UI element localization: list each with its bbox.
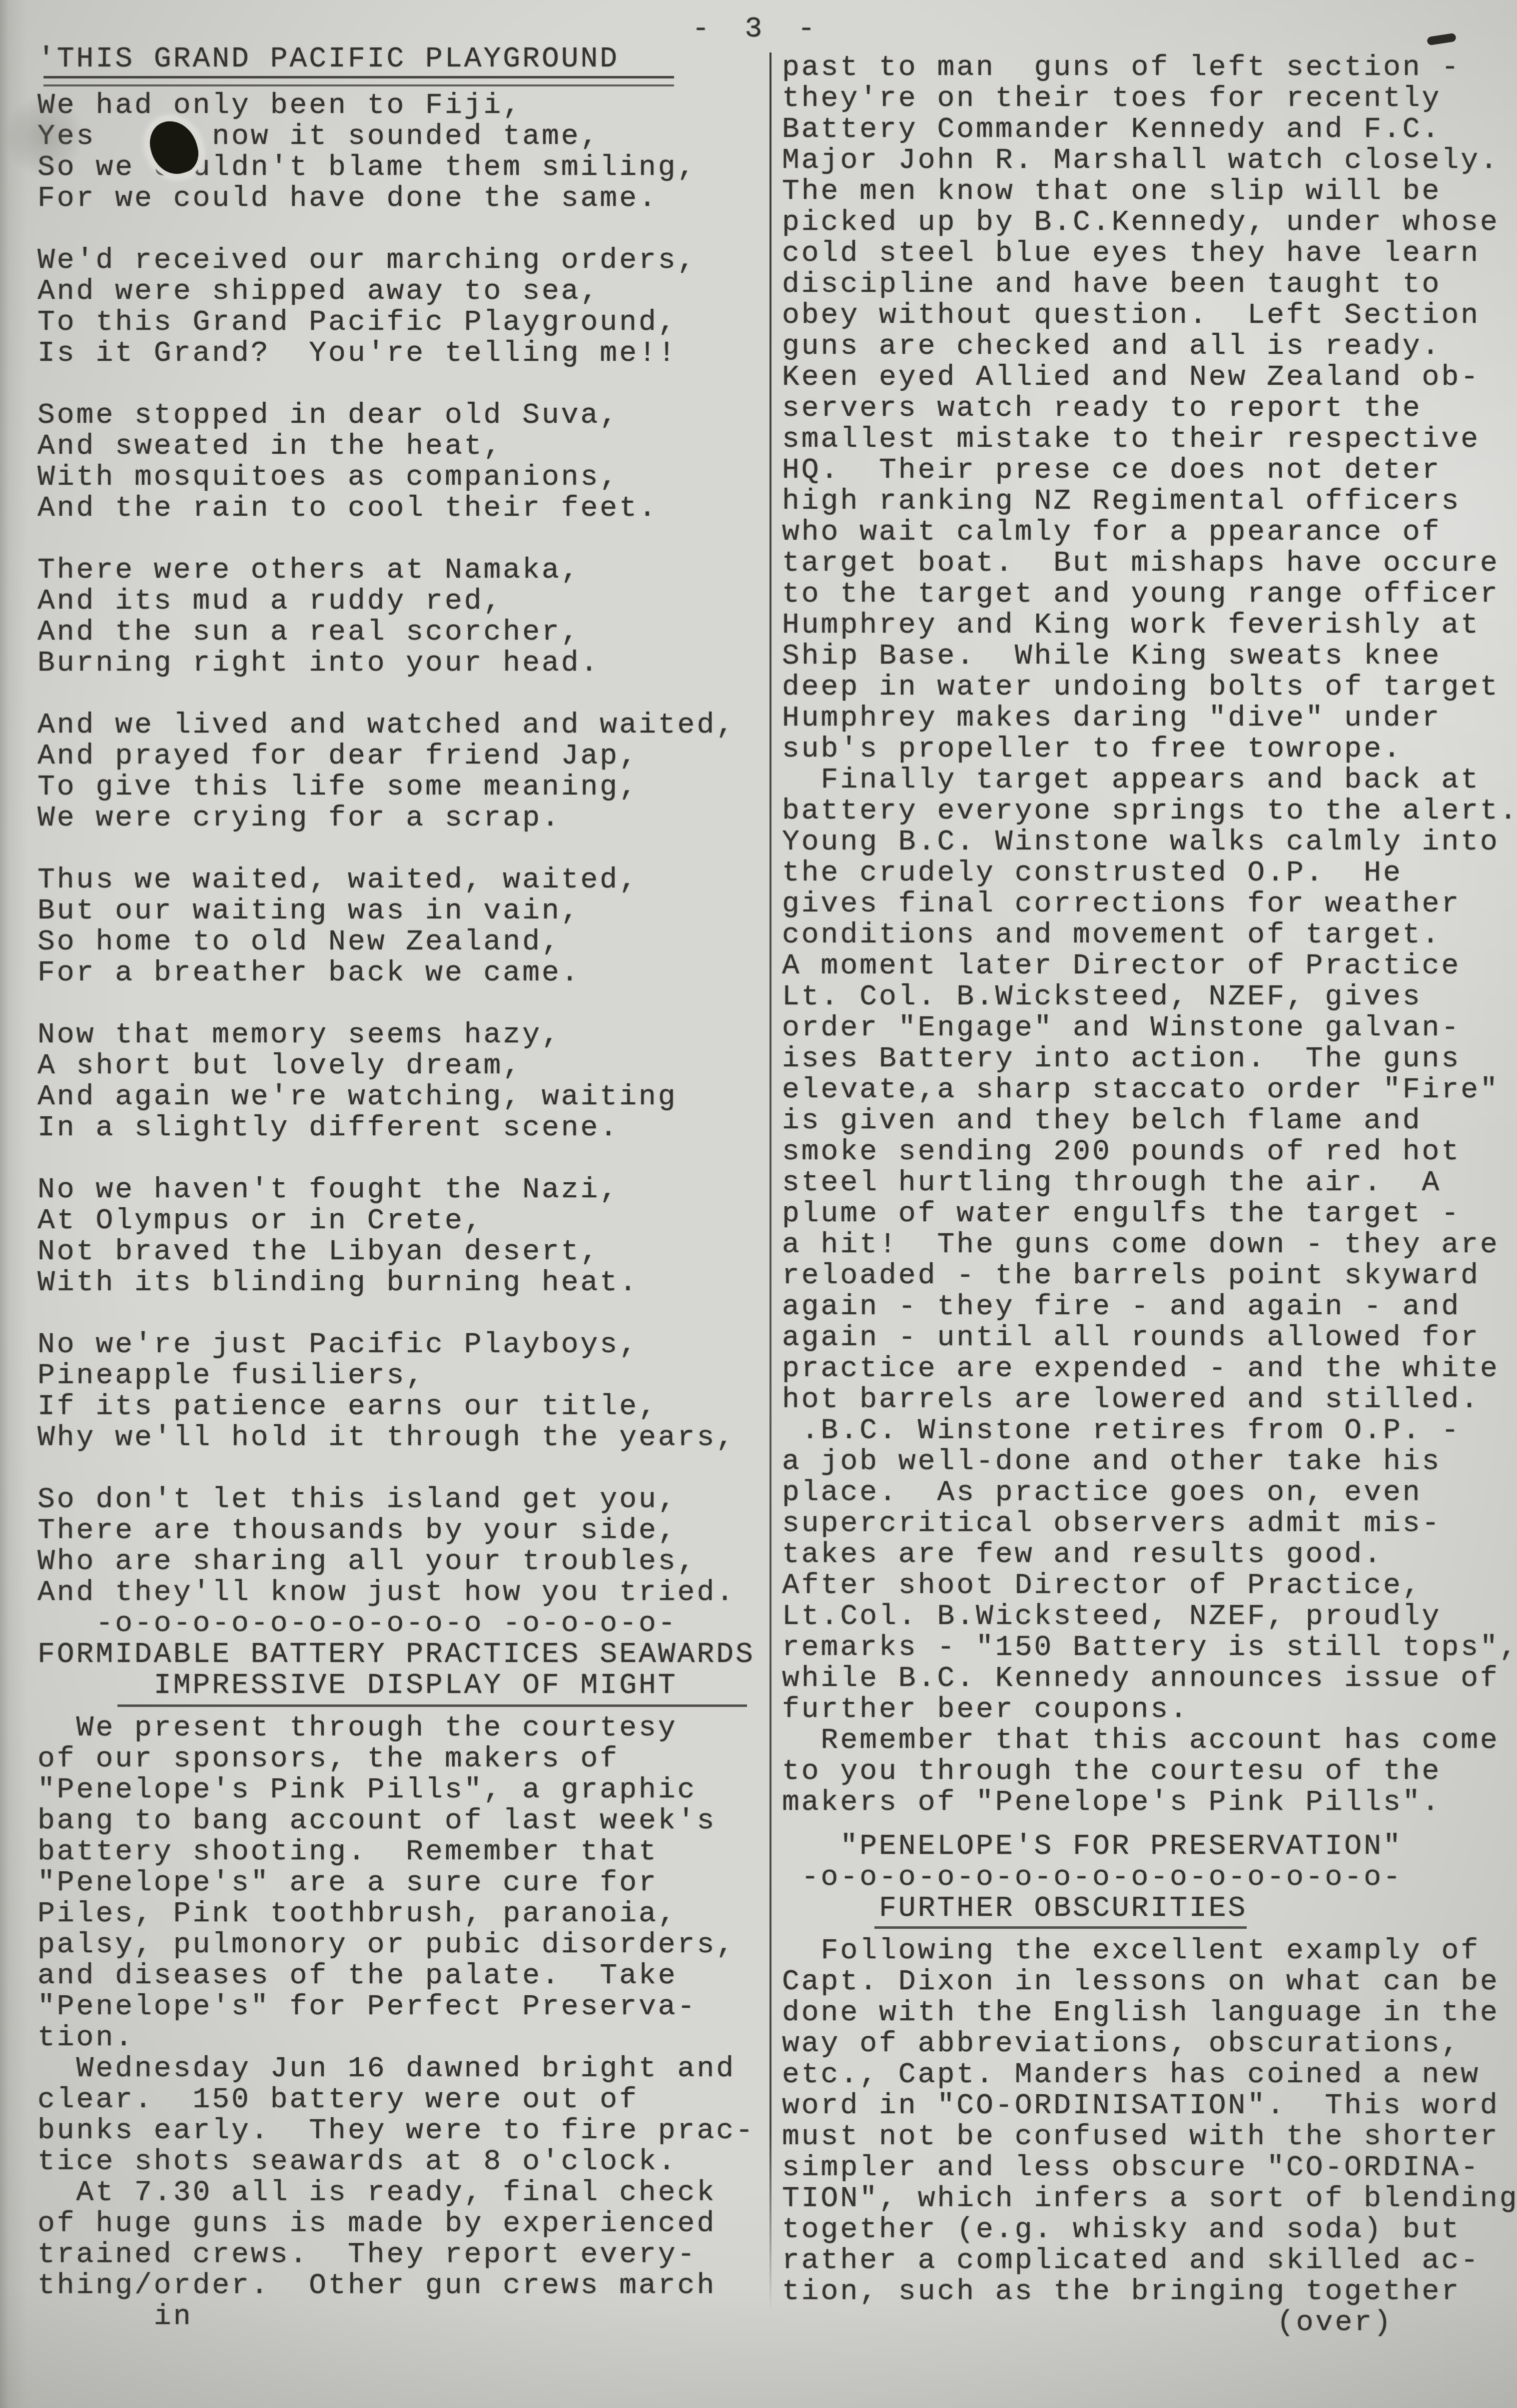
paper-stain bbox=[4, 96, 84, 176]
sponsor-slogan: "PENELOPE'S FOR PRESERVATION" bbox=[782, 1831, 1512, 1862]
poem-title-underline bbox=[43, 76, 674, 86]
page-number: - 3 - bbox=[692, 14, 824, 45]
poem-end-divider: -o-o-o-o-o-o-o-o-o-o -o-o-o-o- bbox=[37, 1608, 762, 1639]
article-title-line2: IMPRESSIVE DISPLAY OF MIGHT bbox=[37, 1670, 762, 1701]
right-column: past to man guns of left section - they'… bbox=[782, 52, 1512, 2339]
article-title-line1: FORMIDABLE BATTERY PRACTICES SEAWARDS bbox=[37, 1639, 762, 1670]
article-body: We present through the courtesy of our s… bbox=[37, 1713, 762, 2333]
poem-body: We had only been to Fiji, Yes now it sou… bbox=[37, 90, 762, 1608]
ink-mark-top-right bbox=[1427, 33, 1457, 46]
slogan-divider: -o-o-o-o-o-o-o-o-o-o-o-o-o-o-o- bbox=[782, 1862, 1512, 1893]
poem-title: 'THIS GRAND PACIFIC PLAYGROUND bbox=[37, 44, 762, 75]
obscurities-title: FURTHER OBSCURITIES bbox=[782, 1893, 1512, 1924]
article-title-underline bbox=[117, 1704, 747, 1707]
over-label: (over) bbox=[782, 2308, 1512, 2339]
left-column: 'THIS GRAND PACIFIC PLAYGROUND We had on… bbox=[37, 44, 762, 2333]
obscurities-body: Following the excellent examply of Capt.… bbox=[782, 1936, 1512, 2308]
newsletter-page: - 3 - 'THIS GRAND PACIFIC PLAYGROUND We … bbox=[0, 0, 1517, 2408]
obscurities-title-underline bbox=[874, 1926, 1247, 1929]
battery-article-body: past to man guns of left section - they'… bbox=[782, 52, 1512, 1818]
column-divider-rule bbox=[769, 52, 771, 2311]
